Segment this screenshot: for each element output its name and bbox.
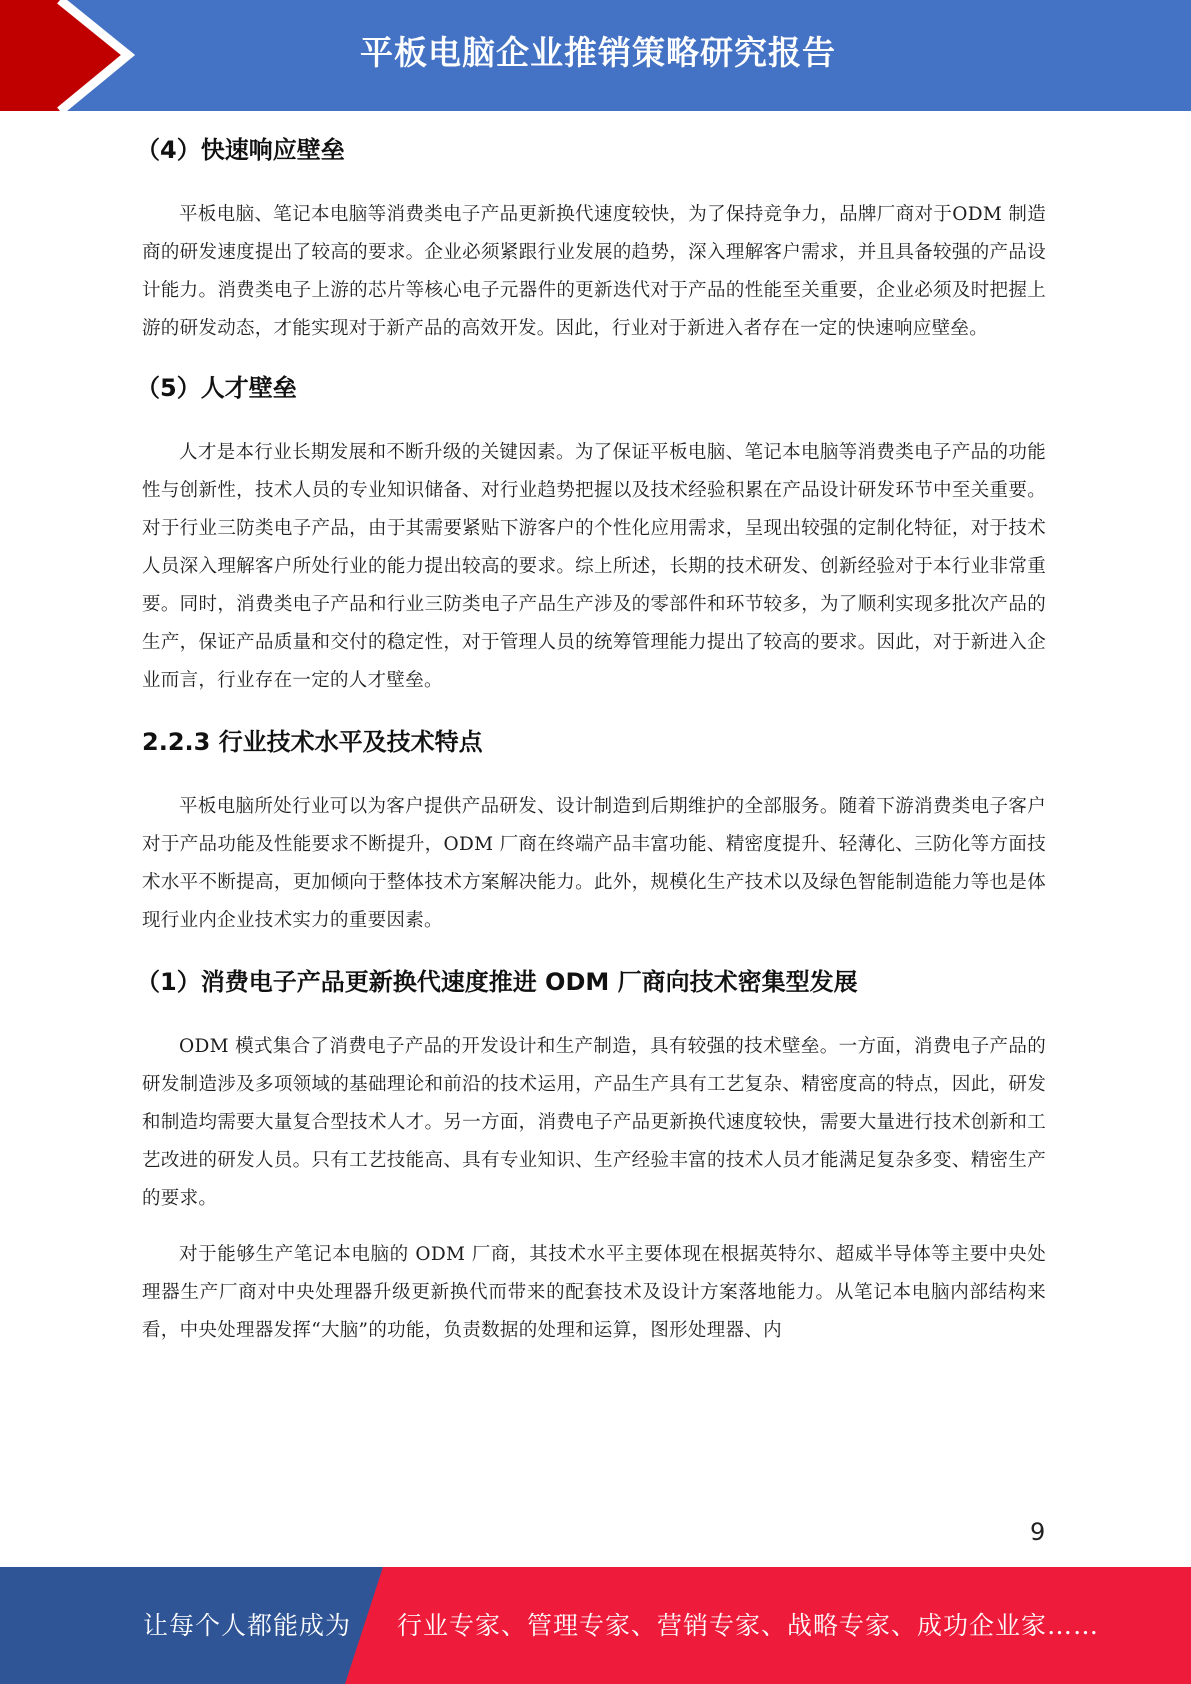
footer-slogan-left: 让每个人都能成为	[143, 1606, 351, 1642]
page-footer: 让每个人都能成为 行业专家、管理专家、营销专家、战略专家、成功企业家……	[0, 1567, 1191, 1684]
subheading-talent-barrier: （5）人才壁垒	[136, 358, 1046, 418]
page-content: （4）快速响应壁垒 平板电脑、笔记本电脑等消费类电子产品更新换代速度较快，为了保…	[142, 120, 1046, 1350]
section-heading-2-2-3: 2.2.3 行业技术水平及技术特点	[142, 712, 1046, 772]
paragraph-tech-level: 平板电脑所处行业可以为客户提供产品研发、设计制造到后期维护的全部服务。随着下游消…	[142, 788, 1046, 940]
paragraph-odm-mode: ODM 模式集合了消费电子产品的开发设计和生产制造，具有较强的技术壁垒。一方面，…	[142, 1028, 1046, 1218]
footer-slogan-right: 行业专家、管理专家、营销专家、战略专家、成功企业家……	[397, 1606, 1099, 1642]
page-header: 平板电脑企业推销策略研究报告	[0, 0, 1191, 111]
paragraph-notebook-odm: 对于能够生产笔记本电脑的 ODM 厂商，其技术水平主要体现在根据英特尔、超威半导…	[142, 1236, 1046, 1350]
document-title: 平板电脑企业推销策略研究报告	[0, 28, 1191, 78]
paragraph-talent: 人才是本行业长期发展和不断升级的关键因素。为了保证平板电脑、笔记本电脑等消费类电…	[142, 434, 1046, 700]
subheading-odm-tech-intensive: （1）消费电子产品更新换代速度推进 ODM 厂商向技术密集型发展	[136, 952, 1046, 1012]
page-number: 9	[1030, 1518, 1045, 1546]
paragraph-rapid-response: 平板电脑、笔记本电脑等消费类电子产品更新换代速度较快，为了保持竞争力，品牌厂商对…	[142, 196, 1046, 348]
subheading-rapid-response-barrier: （4）快速响应壁垒	[136, 120, 1046, 180]
